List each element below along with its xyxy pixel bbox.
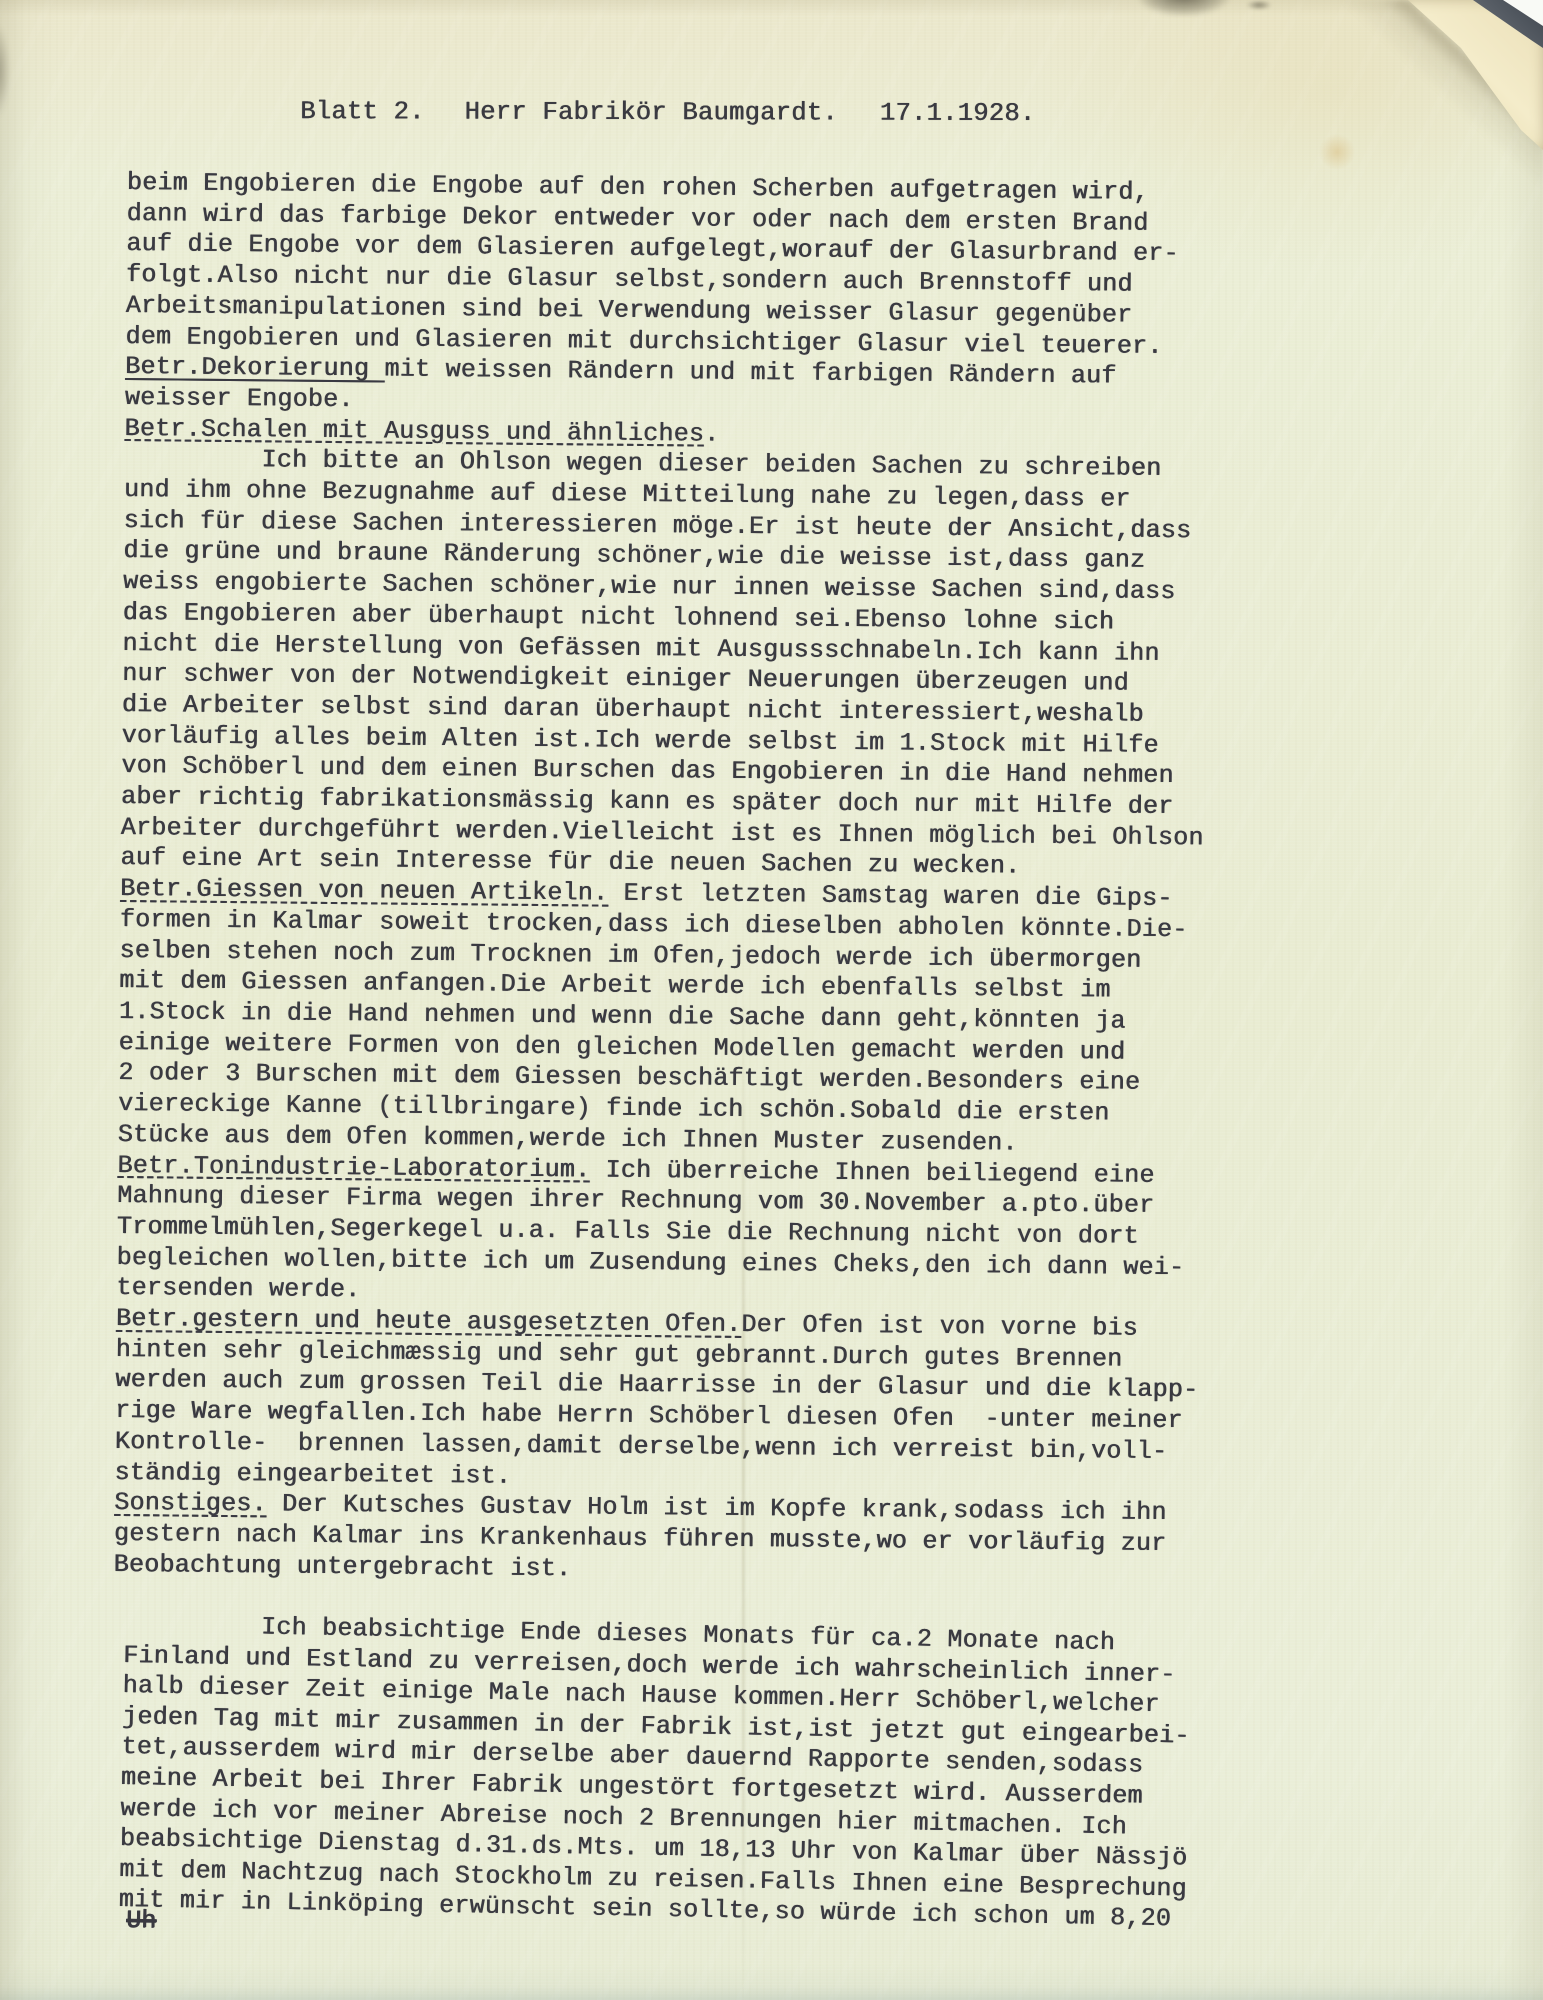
section-heading: Betr.gestern und heute ausgesetzten Ofen… — [116, 1304, 742, 1339]
section-heading: Betr.Dekorierung — [125, 352, 385, 383]
recipient: Herr Fabrikör Baumgardt. — [464, 98, 837, 128]
section-heading: Betr.Tonindustrie-Laboratorium. — [117, 1150, 590, 1184]
overstruck-typo: Uh — [126, 1906, 157, 1936]
section-heading: Betr.Giessen von neuen Artikeln. — [120, 874, 608, 908]
section-heading: Betr.Schalen mit Ausguss und ähnliches — [124, 414, 704, 449]
ink-smudge — [1246, 0, 1272, 10]
ink-smudge — [0, 26, 10, 116]
ink-smudge — [1138, 0, 1230, 16]
date: 17.1.1928. — [880, 99, 1036, 128]
letter-paragraph-1: beim Engobieren die Engobe auf den rohen… — [113, 168, 1209, 1591]
letter-paragraph-2: Ich beabsichtige Ende dieses Monats für … — [118, 1610, 1191, 1935]
sheet-number: Blatt 2. — [300, 97, 424, 126]
letter-header: Blatt 2.Herr Fabrikör Baumgardt.17.1.192… — [238, 68, 1036, 157]
section-heading: Sonstiges. — [114, 1488, 267, 1518]
scanned-letter-page: Blatt 2.Herr Fabrikör Baumgardt.17.1.192… — [0, 0, 1543, 2000]
